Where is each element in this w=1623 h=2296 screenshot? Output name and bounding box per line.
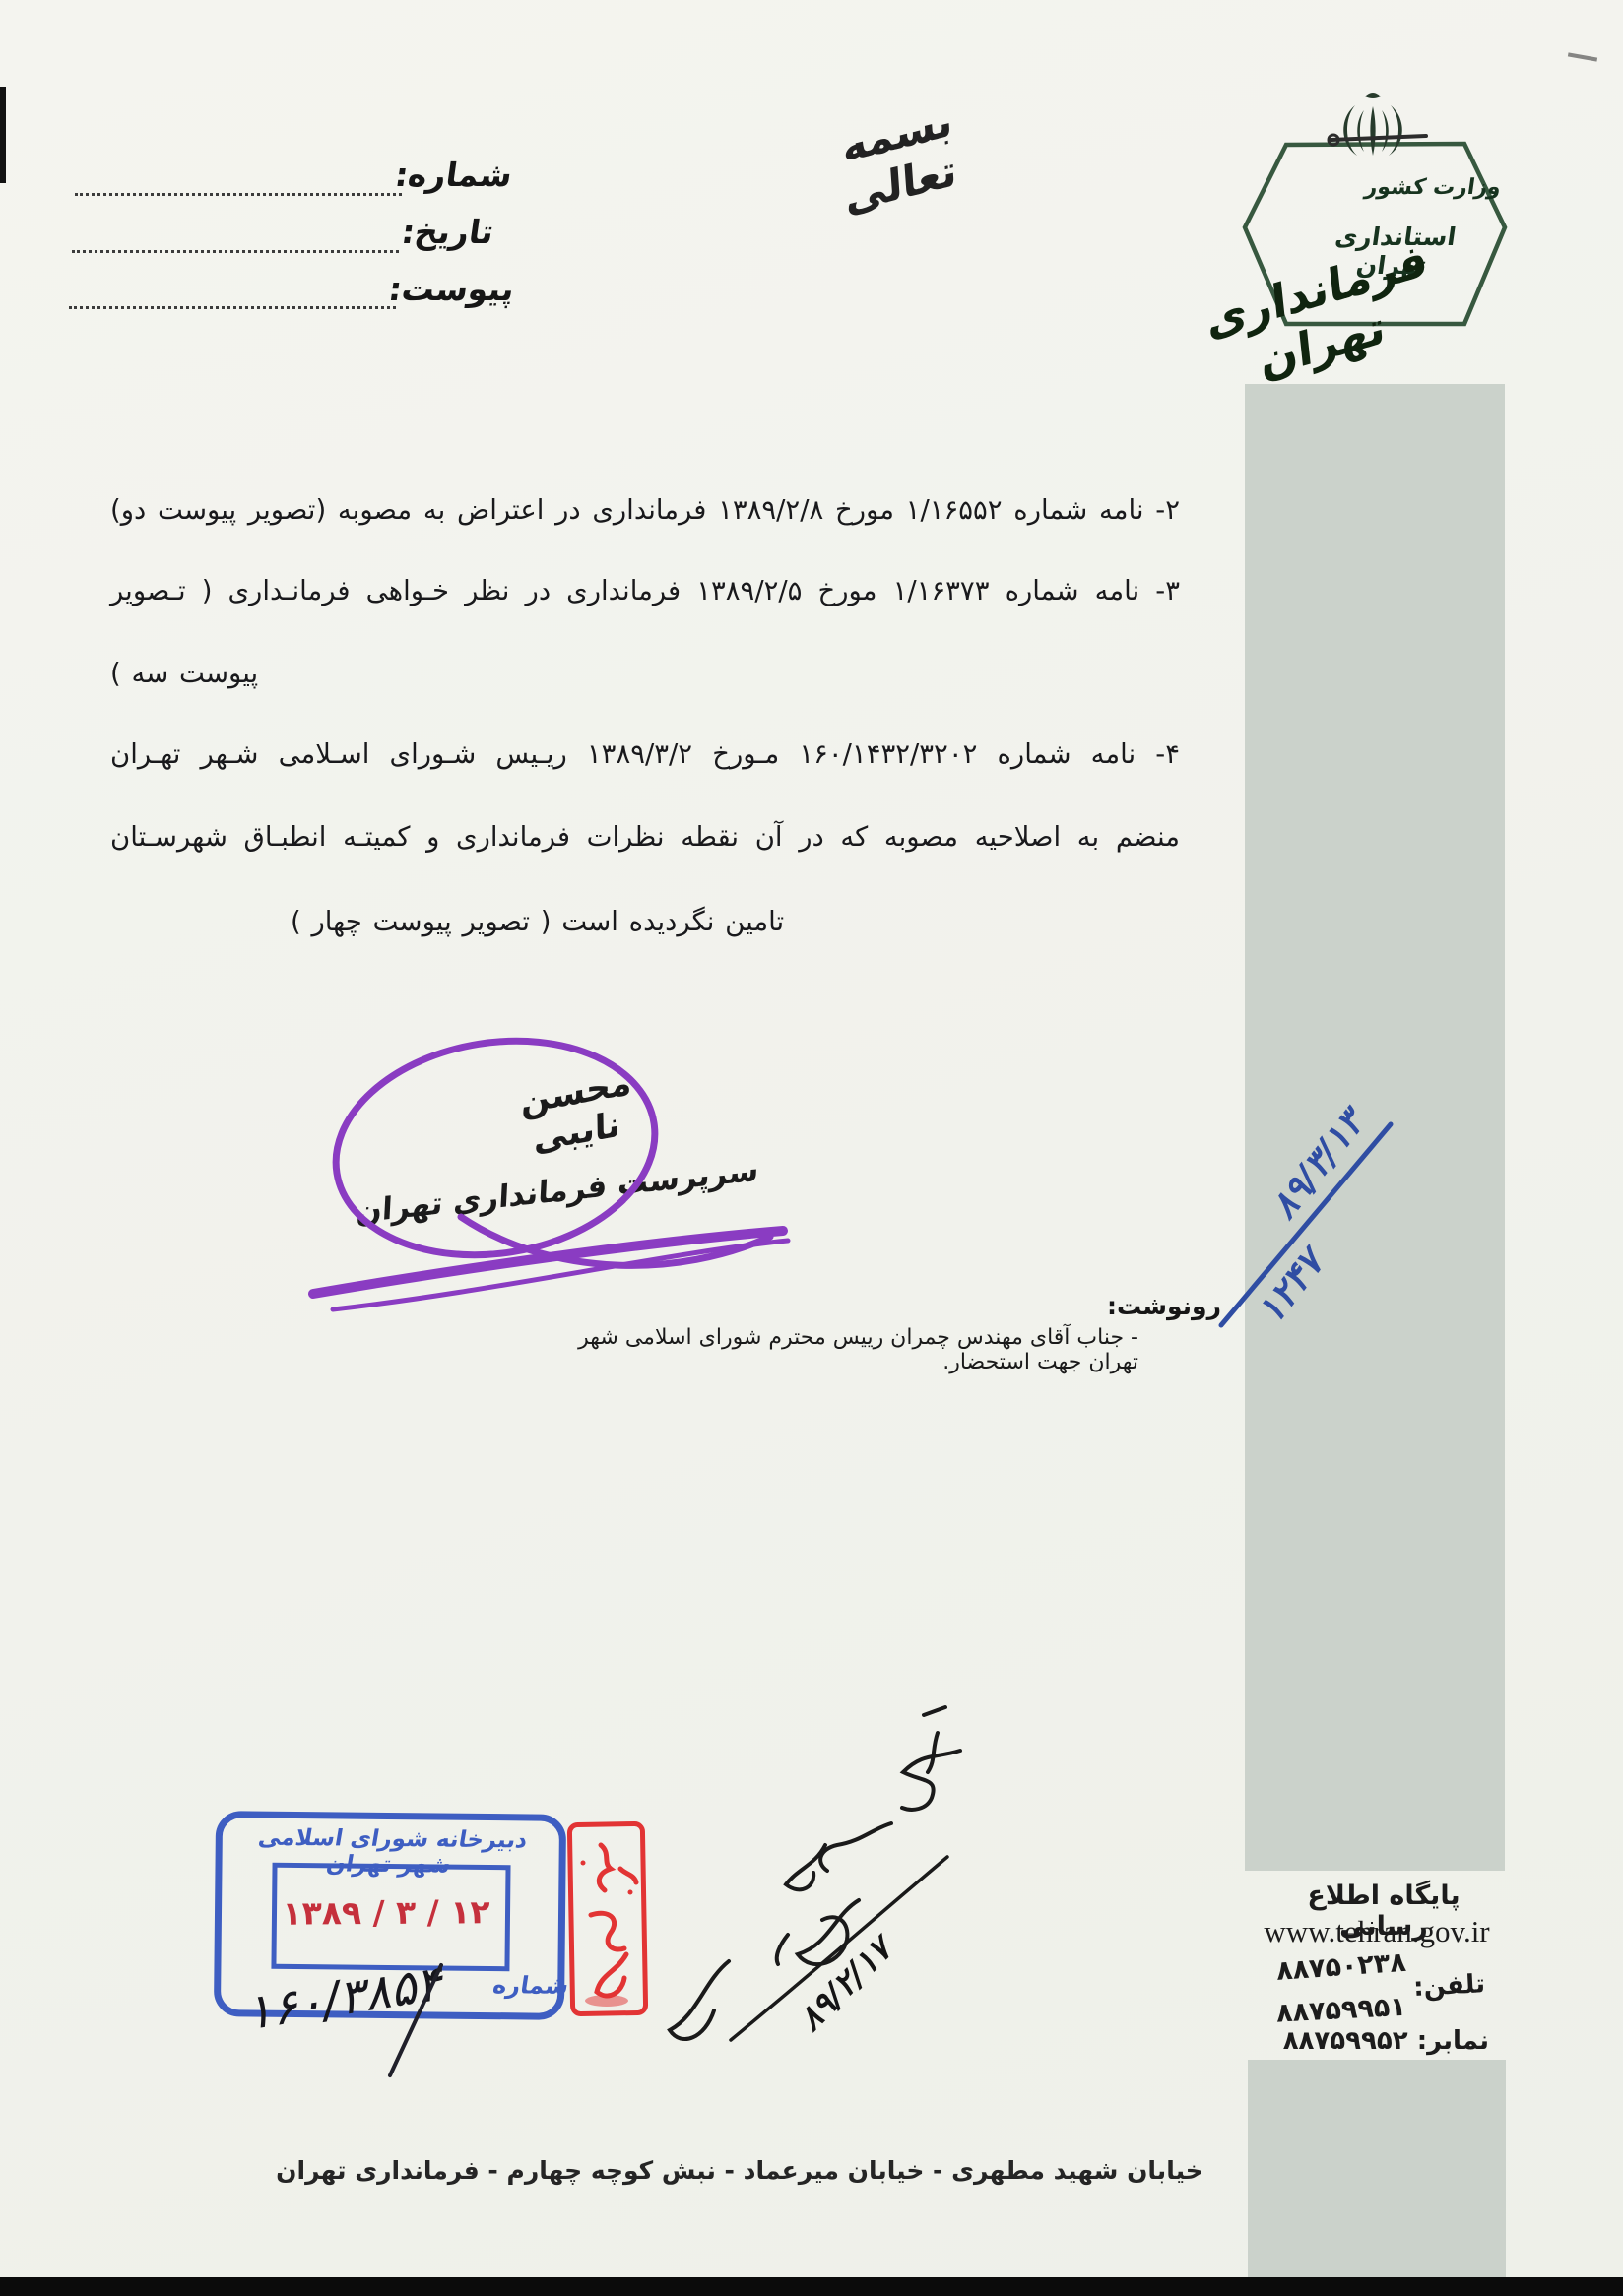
red-seal-glyph-bottom [597, 1954, 626, 1996]
field-label-date: تاریخ: [399, 213, 512, 251]
body-line-item4c: تامین نگردیده است ( تصویر پیوست چهار ) [291, 902, 784, 941]
field-line-attachment [69, 306, 396, 309]
allah-emblem-icon [1343, 93, 1402, 156]
black-pen-note-date: ۸۹/۲/۱۷ [791, 1872, 958, 2039]
signatory-title: سرپرست فرمانداری تهران [355, 1152, 760, 1230]
red-seal-border [569, 1823, 645, 2013]
pin-artifact-head [1329, 135, 1338, 145]
scan-band-bottom-right [1248, 2060, 1506, 2279]
contact-phone-1: ۸۸۷۵۰۲۳۸ [1275, 1946, 1415, 1987]
letterhead-logo: وزارت کشور استانداری تهران فرمانداری تهر… [1201, 49, 1615, 374]
body-line-item4b: منضم به اصلاحیه مصوبه که در آن نقطه نظرا… [110, 817, 1180, 857]
red-seal-glyph-mid [591, 1913, 624, 1949]
signature-swoosh-2 [333, 1241, 788, 1309]
scan-bottom-bar [0, 2277, 1623, 2296]
footer-address: خیابان شهید مطهری - خیابان میرعماد - نبش… [251, 2156, 1228, 2185]
red-seal-stamp [569, 1823, 645, 2013]
scan-band-right [1245, 384, 1505, 1871]
scan-edge-left [0, 87, 6, 183]
contact-website: www.tehran.gov.ir [1259, 1914, 1495, 1949]
body-line-item3b: پیوست سه ) [110, 654, 258, 693]
signatory-name: محسن نایبی [472, 1054, 682, 1171]
registry-stamp-date: ۱۳۸۹ / ۳ / ۱۲ [272, 1892, 500, 1933]
field-label-number: شماره: [401, 156, 514, 194]
copy-section-label: رونوشت: [1131, 1292, 1221, 1320]
contact-fax-line: نمابر: ۸۸۷۵۹۹۵۲ [1261, 2026, 1489, 2056]
scanned-letter-page: شماره: تاریخ: پیوست: بسمه تعالی وزارت کش… [0, 0, 1623, 2296]
logo-ministry-text: وزارت کشور [1352, 175, 1514, 200]
contact-phone-2: ۸۸۷۵۹۹۵۱ [1275, 1991, 1414, 2028]
body-line-item2: ۲- نامه شماره ۱/۱۶۵۵۲ مورخ ۱۳۸۹/۲/۸ فرما… [110, 490, 1180, 530]
contact-fax-number: ۸۸۷۵۹۹۵۲ [1283, 2026, 1408, 2056]
red-seal-smudge [585, 1995, 628, 2007]
field-line-date [72, 250, 399, 253]
field-line-number [75, 193, 402, 196]
contact-phone-label: تلفن: [1415, 1969, 1485, 2003]
signature-tail [461, 1217, 770, 1265]
body-line-item4a: ۴- نامه شماره ۱۶۰/۱۴۳۲/۳۲۰۲ مـورخ ۱۳۸۹/۳… [110, 734, 1180, 774]
contact-fax-label: نمابر: [1417, 2026, 1489, 2056]
copy-recipient-line: - جناب آقای مهندس چمران رییس محترم شورای… [530, 1325, 1138, 1374]
pin-artifact [1331, 136, 1426, 140]
signature-swoosh-1 [313, 1231, 783, 1294]
body-line-item3a: ۳- نامه شماره ۱/۱۶۳۷۳ مورخ ۱۳۸۹/۲/۵ فرما… [110, 571, 1180, 610]
besmele: بسمه تعالی [786, 83, 1012, 237]
red-seal-glyph-top [599, 1845, 636, 1890]
field-label-attachment: پیوست: [395, 270, 516, 308]
